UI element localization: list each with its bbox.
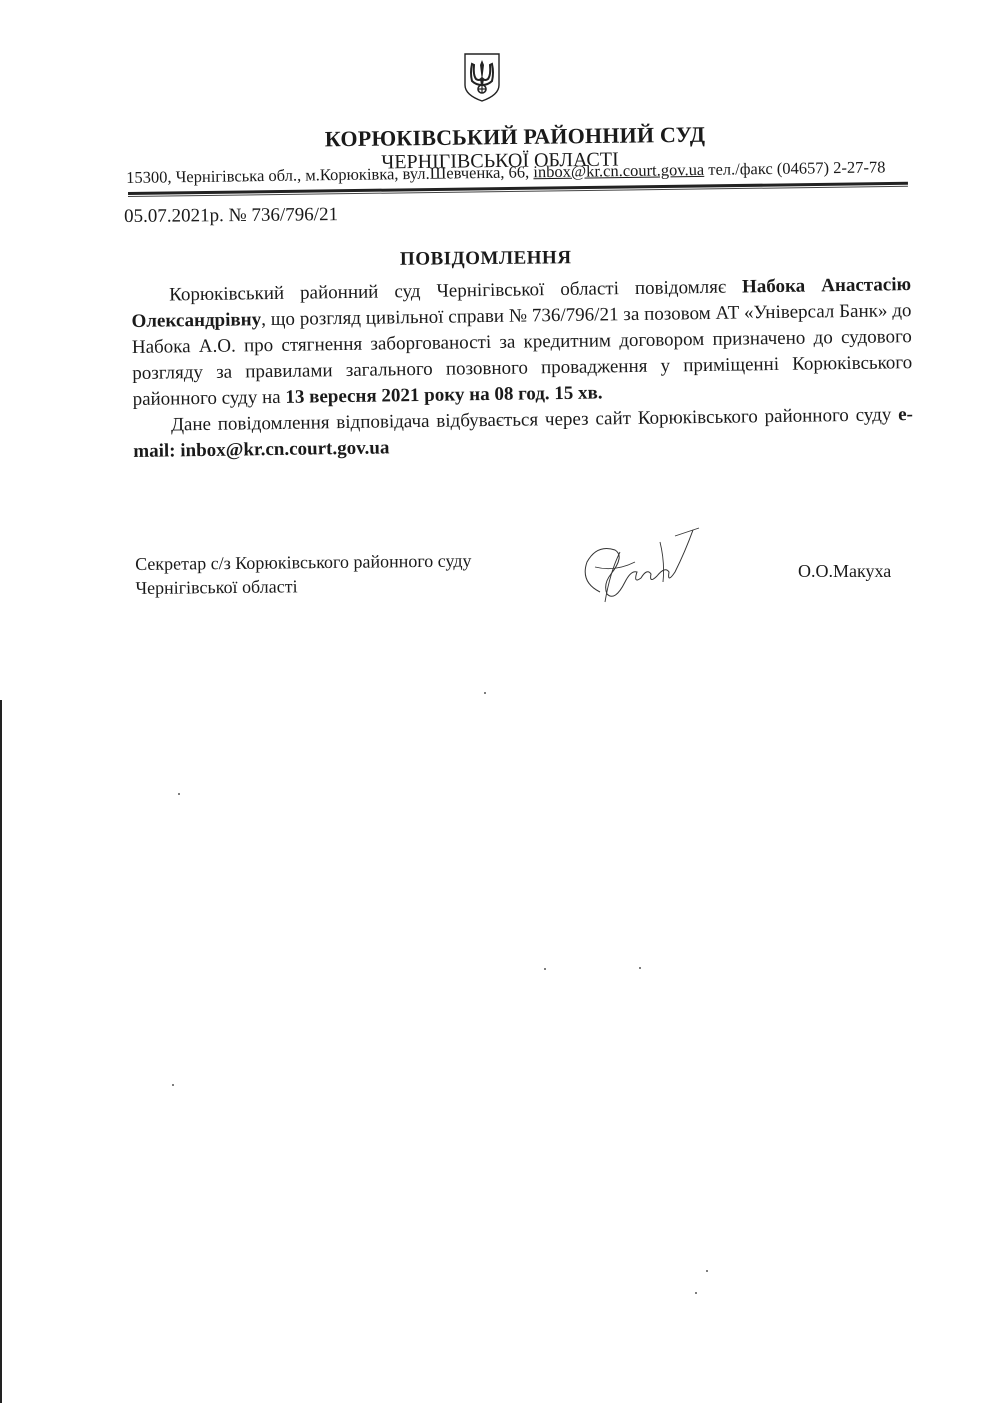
- scan-speck: [172, 1084, 174, 1086]
- scan-edge-shadow: [0, 700, 2, 1403]
- notice-paragraph-1: Корюківський районний суд Чернігівської …: [131, 272, 913, 413]
- signer-position: Секретар с/з Корюківського районного суд…: [135, 548, 472, 600]
- date-and-case-number: 05.07.2021р. № 736/796/21: [124, 204, 338, 228]
- scan-speck: [544, 968, 546, 970]
- signer-name: О.О.Макуха: [798, 561, 891, 582]
- scan-speck: [639, 967, 641, 969]
- p1-text: Корюківський районний суд Чернігівської …: [169, 276, 742, 305]
- scan-speck: [706, 1270, 708, 1272]
- scan-speck: [695, 1292, 697, 1294]
- notice-paragraph-2: Дане повідомлення відповідача відбуваєть…: [133, 402, 914, 465]
- address-email-link[interactable]: inbox@kr.cn.court.gov.ua: [533, 160, 704, 181]
- ukraine-trident-emblem-icon: [462, 51, 502, 103]
- handwritten-signature-icon: [575, 522, 705, 612]
- scan-speck: [178, 793, 180, 795]
- signer-position-line1: Секретар с/з Корюківського районного суд…: [135, 548, 472, 576]
- document-title: ПОВІДОМЛЕННЯ: [400, 247, 572, 270]
- notice-body: Корюківський районний суд Чернігівської …: [131, 272, 913, 465]
- hearing-datetime: 13 вересня 2021 року на 08 год. 15 хв.: [285, 382, 603, 407]
- signer-position-line2: Чернігівської області: [135, 572, 472, 600]
- scan-speck: [484, 692, 486, 694]
- document-page: КОРЮКІВСЬКИЙ РАЙОННИЙ СУД ЧЕРНІГІВСЬКОЇ …: [0, 0, 992, 1403]
- address-phone: тел./факс (04657) 2-27-78: [704, 157, 886, 179]
